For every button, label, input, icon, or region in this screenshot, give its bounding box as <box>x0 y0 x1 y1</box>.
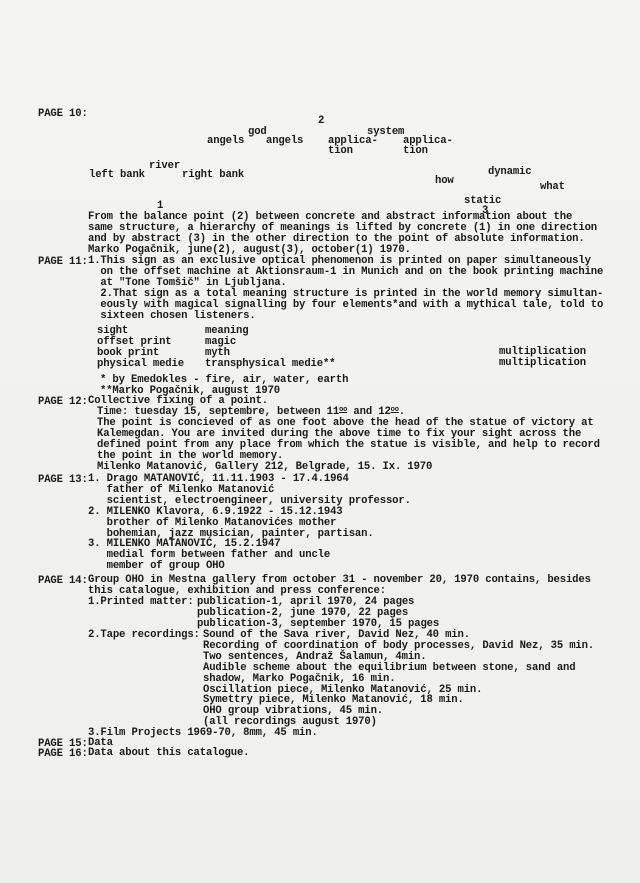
text-line: the point in the world memory. <box>97 451 600 462</box>
page-12-text: The point is concieved of as one foot ab… <box>97 418 600 473</box>
list-item: Audible scheme about the equilibrium bet… <box>203 663 594 674</box>
page-16-text: Data about this catalogue. <box>88 748 249 759</box>
page-11-footnotes: * by Emedokles - fire, air, water, earth… <box>100 375 348 397</box>
diagram-num-1: 1 <box>157 201 163 212</box>
page-10-text: From the balance point (2) between concr… <box>88 212 597 256</box>
diagram-application-2b: tion <box>403 146 428 157</box>
time-sup: oo <box>339 406 347 414</box>
list-item: shadow, Marko Pogačnik, 16 min. <box>203 674 594 685</box>
tape-recordings-list: Sound of the Sava river, David Nez, 40 m… <box>203 630 594 728</box>
diagram-angels-right: angels <box>266 136 303 147</box>
page-14-label: PAGE 14: <box>38 575 88 587</box>
diagram-river: river <box>149 161 180 172</box>
text-line: eously with magical signalling by four e… <box>88 300 603 311</box>
text-line: Marko Pogačnik, june(2), august(3), octo… <box>88 245 597 256</box>
text-line: member of group OHO <box>88 561 411 572</box>
diagram-num-2: 2 <box>318 116 324 127</box>
text-line: 2. MILENKO Klavora, 6.9.1922 - 15.12.194… <box>88 507 411 518</box>
printed-matter-label: 1.Printed matter: <box>88 597 194 608</box>
page-16-label: PAGE 16: <box>38 748 88 760</box>
page-14-intro: Group OHO in Mestna gallery from october… <box>88 575 591 597</box>
text-line: brother of Milenko Matanovićes mother <box>88 518 411 529</box>
page-12-label: PAGE 12: <box>38 396 88 408</box>
page-11-label: PAGE 11: <box>38 256 88 268</box>
diagram-right-bank: right bank <box>182 170 244 181</box>
page-11-table-right: multiplicationmultiplication <box>499 347 586 369</box>
page-13-text: 1. Drago MATANOVIĆ, 11.11.1903 - 17.4.19… <box>88 474 411 572</box>
time-sup: oo <box>391 406 399 414</box>
text-line: Milenko Matanović, Gallery 212, Belgrade… <box>97 462 600 473</box>
page-11-table-left: sightoffset printbook printphysical medi… <box>97 326 184 370</box>
page-11-text: 1.This sign as an exclusive optical phen… <box>88 256 603 321</box>
text-line: 2.That sign as a total meaning structure… <box>88 289 603 300</box>
table-cell: multiplication <box>499 358 586 369</box>
film-projects: 3.Film Projects 1969-70, 8mm, 45 min. <box>88 728 318 739</box>
diagram-dynamic: dynamic <box>488 167 531 178</box>
page-10-label: PAGE 10: <box>38 108 88 120</box>
diagram-angels-left: angels <box>207 136 244 147</box>
table-cell: transphysical medie** <box>205 359 335 370</box>
page-13-label: PAGE 13: <box>38 474 88 486</box>
diagram-god: god <box>248 127 267 138</box>
printed-matter-list: publication-1, april 1970, 24 pagespubli… <box>197 597 439 630</box>
table-cell: physical medie <box>97 359 184 370</box>
diagram-left-bank: left bank <box>89 170 145 181</box>
diagram-how: how <box>435 176 454 187</box>
document-page: PAGE 10: 2 god system angels angels appl… <box>0 0 640 883</box>
page-11-table-middle: meaningmagicmythtransphysical medie** <box>205 326 335 370</box>
text-line: sixteen chosen listeners. <box>88 311 603 322</box>
diagram-application-1b: tion <box>328 146 353 157</box>
tape-recordings-label: 2.Tape recordings: <box>88 630 200 641</box>
diagram-what: what <box>540 182 565 193</box>
